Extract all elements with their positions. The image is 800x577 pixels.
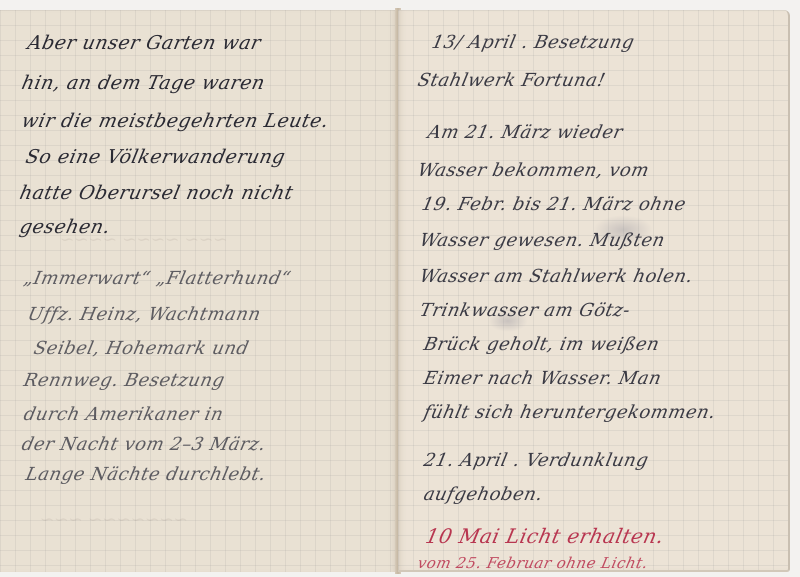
handwritten-line: Stahlwerk Fortuna! [416,70,608,91]
handwritten-line: hatte Oberursel noch nicht [18,182,296,204]
handwritten-line: gesehen. [18,216,113,238]
handwritten-line: So eine Völkerwanderung [24,146,288,168]
handwritten-line: Uffz. Heinz, Wachtmann [26,304,263,325]
right-page: 13/ April . Besetzung Stahlwerk Fortuna!… [398,10,790,572]
handwritten-line: der Nacht vom 2–3 März. [20,434,268,455]
handwritten-line: fühlt sich heruntergekommen. [422,402,718,423]
notebook-spread: ~~~ ~~~~ ~~~~ ~~~~~~~ ~~~ Aber unser Gar… [0,0,800,577]
handwritten-line: Rennweg. Besetzung [22,370,227,391]
ink-bleed-through: ~~~~~~~ ~~~ [38,510,189,530]
handwritten-line: Aber unser Garten war [26,32,263,54]
handwritten-line: „Immerwart“ „Flatterhund“ [22,268,293,289]
handwritten-line: Lange Nächte durchlebt. [24,464,268,485]
handwritten-line: wir die meistbegehrten Leute. [20,110,331,132]
handwritten-line: Wasser gewesen. Mußten [418,230,667,251]
handwritten-line: Am 21. März wieder [426,122,625,143]
handwritten-line: Brück geholt, im weißen [422,334,662,355]
handwritten-line: 13/ April . Besetzung [430,32,637,53]
handwritten-line: hin, an dem Tage waren [20,72,268,94]
handwritten-line: Wasser bekommen, vom [416,160,651,181]
red-ink-line: 10 Mai Licht erhalten. [423,524,666,548]
left-page: ~~~ ~~~~ ~~~~ ~~~~~~~ ~~~ Aber unser Gar… [0,10,398,572]
handwritten-line: 21. April . Verdunklung [422,450,651,471]
handwritten-line: aufgehoben. [422,484,545,505]
handwritten-line: 19. Febr. bis 21. März ohne [420,194,688,215]
handwritten-line: Eimer nach Wasser. Man [422,368,664,389]
handwritten-line: Seibel, Hohemark und [32,338,251,359]
red-ink-line: vom 25. Februar ohne Licht. [416,554,650,572]
handwritten-line: durch Amerikaner in [22,404,226,425]
handwritten-line: Wasser am Stahlwerk holen. [418,266,695,287]
handwritten-line: Trinkwasser am Götz- [418,300,632,321]
